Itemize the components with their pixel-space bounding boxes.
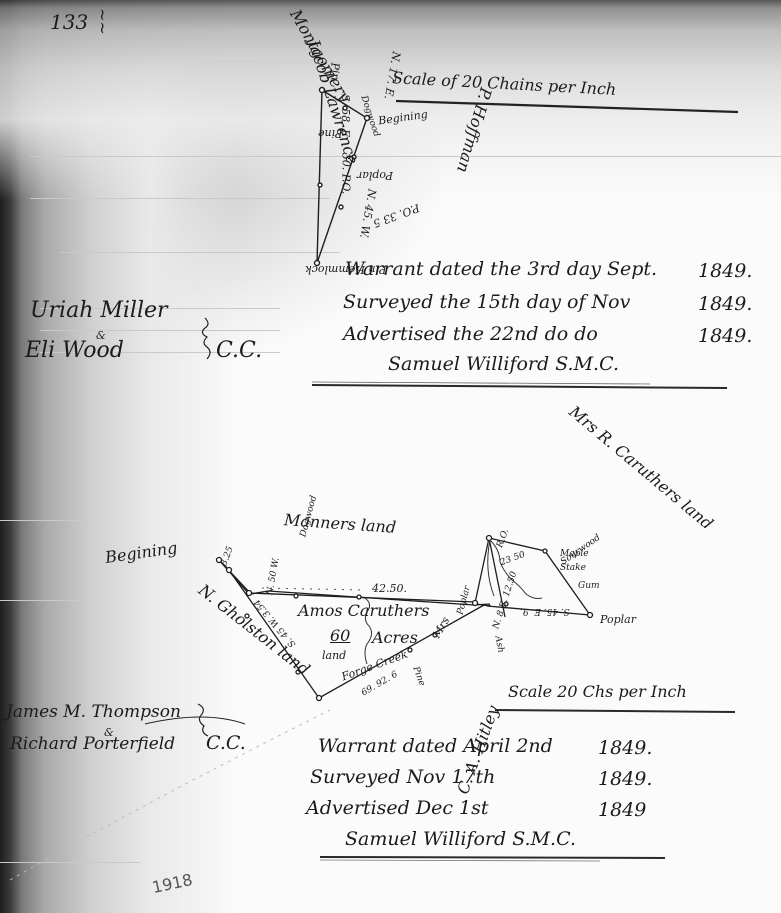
survey-2-signature: Samuel Williford S.M.C. bbox=[345, 830, 576, 849]
survey-2-surveyed: Surveyed Nov 17th bbox=[310, 768, 495, 787]
survey-2-call-s: S. 45. E. 9. bbox=[520, 606, 570, 615]
survey-2-ash: Ash bbox=[493, 635, 505, 653]
scanned-survey-page: 133 ~~ Scale of 20 Chains per Inch Montg… bbox=[0, 0, 781, 913]
survey-2-owner-suffix: C.C. bbox=[206, 734, 246, 753]
survey-2-warrant: Warrant dated April 2nd bbox=[318, 737, 553, 756]
survey-2-tract-acres-label: Acres bbox=[372, 630, 418, 646]
survey-2-owner-1: James M. Thompson bbox=[6, 704, 181, 721]
survey-2-advertised: Advertised Dec 1st bbox=[306, 799, 489, 818]
survey-2-advertised-year: 1849 bbox=[598, 801, 646, 820]
survey-2-poplar-right: Poplar bbox=[600, 614, 636, 625]
survey-2-gum: Gum bbox=[578, 582, 600, 591]
survey-2-surveyed-year: 1849. bbox=[598, 770, 652, 789]
survey-2-tract-owner: Amos Caruthers bbox=[298, 603, 429, 619]
survey-2-tract-acres: 60 bbox=[330, 628, 350, 644]
survey-2-scale: Scale 20 Chs per Inch bbox=[508, 684, 687, 700]
survey-2-owner-2: Richard Porterfield bbox=[10, 736, 175, 753]
survey-2-maple: Maple bbox=[560, 550, 589, 559]
survey-2-call-north: 42.50. bbox=[372, 583, 407, 594]
survey-2-warrant-year: 1849. bbox=[598, 739, 652, 758]
survey-2-stake: Stake bbox=[560, 564, 586, 573]
survey-2-tract-land: land bbox=[322, 650, 346, 661]
